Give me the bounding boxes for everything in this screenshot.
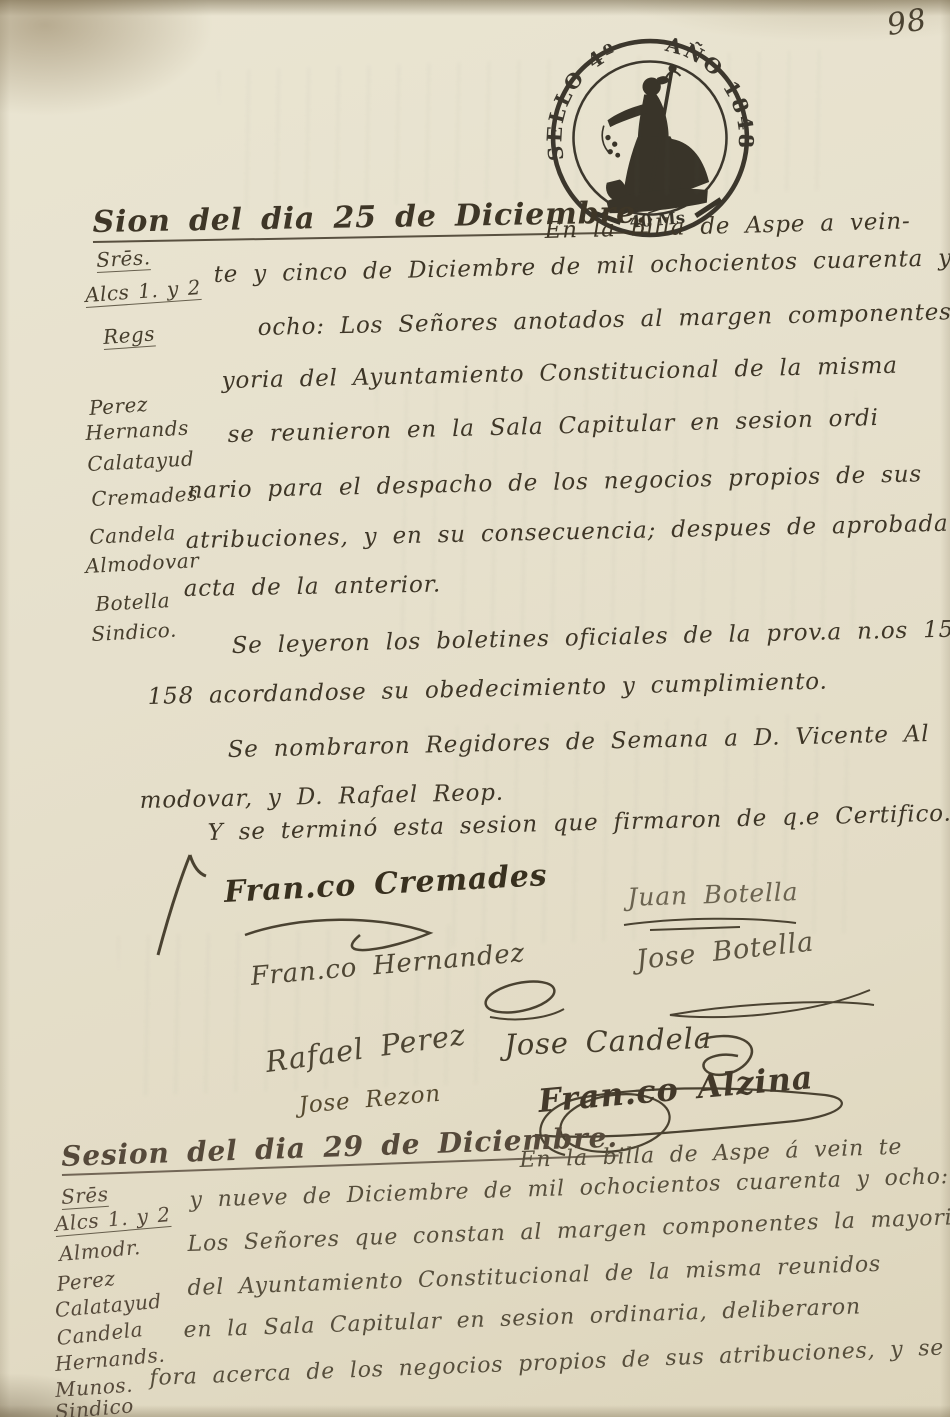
manuscript-page: 98 SELLO 4º AÑO 1848 (0, 0, 950, 1417)
body-line: en la Sala Capitular en sesion ordinaria… (183, 1294, 861, 1343)
margin-name: Srēs. (96, 245, 151, 273)
body-line: acta de la anterior. (184, 572, 442, 602)
body-line: del Ayuntamiento Constitucional de la mi… (187, 1252, 881, 1301)
margin-name: Sindico. (91, 618, 178, 646)
margin-name: Almodr. (58, 1235, 142, 1266)
body-line: Los Señores que constan al margen compon… (187, 1205, 950, 1257)
margin-name: Calatayud (87, 446, 195, 476)
page-number: 98 (885, 2, 930, 43)
margin-name: Botella (95, 588, 171, 616)
signature: Juan Botella (627, 877, 799, 912)
margin-name: Almodovar (85, 548, 200, 578)
body-line: ocho: Los Señores anotados al margen com… (257, 297, 950, 341)
bleedthrough-texture (218, 49, 843, 211)
margin-name: Hernands (85, 416, 190, 445)
margin-name: Srēs (60, 1182, 109, 1210)
body-line: 158 acordandose su obedecimiento y cumpl… (147, 669, 828, 710)
signature: Jose Candela (504, 1021, 712, 1062)
margin-name: Regs (102, 321, 156, 350)
margin-name: Alcs 1. y 2 (84, 275, 201, 308)
margin-name: Candela (89, 521, 177, 549)
signature-rubric (660, 985, 880, 1025)
body-line: y nueve de Diciembre de mil ochocientos … (189, 1164, 949, 1213)
margin-name: Perez (55, 1266, 116, 1296)
signature-rubric (480, 975, 570, 1025)
body-line: te y cinco de Diciembre de mil ochocient… (213, 245, 950, 288)
body-line: fora acerca de los negocios propios de s… (149, 1334, 950, 1391)
margin-name: Perez (88, 392, 148, 420)
margin-name: Cremades (91, 481, 199, 511)
